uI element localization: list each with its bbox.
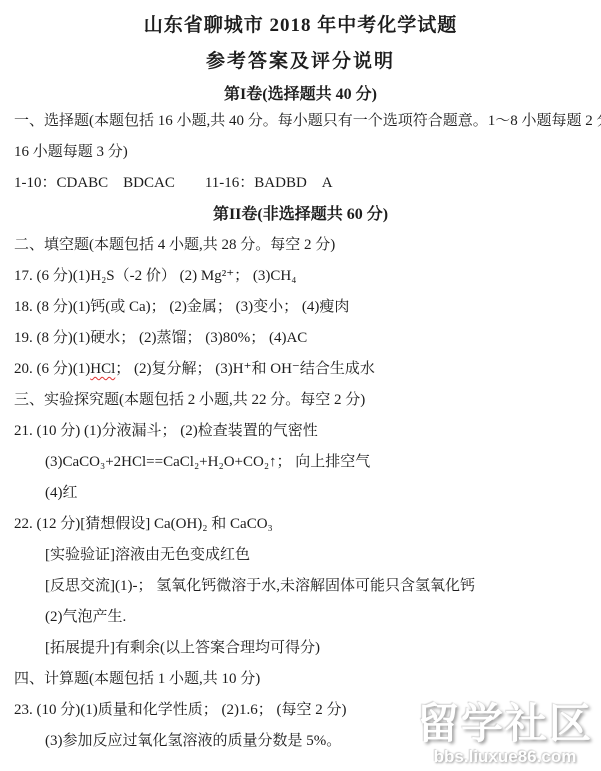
q20-suffix: ； (2)复分解； (3)H⁺和 OH⁻结合生成水 — [115, 361, 375, 377]
answer-q21-line1: 21. (10 分) (1)分液漏斗； (2)检查装置的气密性 — [0, 416, 601, 447]
fill-section-intro: 二、填空题(本题包括 4 小题,共 28 分。每空 2 分) — [0, 230, 601, 261]
answer-q18: 18. (8 分)(1)钙(或 Ca)； (2)金属； (3)变小； (4)瘦肉 — [0, 292, 601, 323]
answer-q22-line2: [实验验证]溶液由无色变成红色 — [0, 540, 601, 571]
document-title: 山东省聊城市 2018 年中考化学试题 — [0, 14, 601, 38]
choice-answers: 1-10：CDABC BDCAC 11-16：BADBD A — [0, 168, 601, 199]
answer-q21-line2: (3)CaCO₃+2HCl==CaCl₂+H₂O+CO₂↑； 向上排空气 — [0, 447, 601, 478]
answer-q22-line1: 22. (12 分)[猜想假设] Ca(OH)₂ 和 CaCO₃ — [0, 509, 601, 540]
document-body: 一、选择题(本题包括 16 小题,共 40 分。每小题只有一个选项符合题意。1～… — [0, 106, 601, 757]
answer-q23-line2: (3)参加反应过氧化氢溶液的质量分数是 5%。 — [0, 726, 601, 757]
q20-prefix: 20. (6 分)(1) — [14, 361, 90, 377]
part1-header: 第I卷(选择题共 40 分) — [0, 84, 601, 106]
answer-q17: 17. (6 分)(1)H₂S（-2 价） (2) Mg²⁺； (3)CH₄ — [0, 261, 601, 292]
choice-section-intro-line1: 一、选择题(本题包括 16 小题,共 40 分。每小题只有一个选项符合题意。1～… — [0, 106, 601, 137]
answer-q22-line3: [反思交流](1)-； 氢氧化钙微溶于水,未溶解固体可能只含氢氧化钙 — [0, 571, 601, 602]
answer-q20: 20. (6 分)(1)HCl； (2)复分解； (3)H⁺和 OH⁻结合生成水 — [0, 354, 601, 385]
q20-spellchecked-word: HCl — [90, 361, 115, 377]
experiment-section-intro: 三、实验探究题(本题包括 2 小题,共 22 分。每空 2 分) — [0, 385, 601, 416]
answer-q23-line1: 23. (10 分)(1)质量和化学性质； (2)1.6； (每空 2 分) — [0, 695, 601, 726]
part2-header: 第II卷(非选择题共 60 分) — [0, 199, 601, 230]
document-subtitle: 参考答案及评分说明 — [0, 50, 601, 74]
answer-q19: 19. (8 分)(1)硬水； (2)蒸馏； (3)80%； (4)AC — [0, 323, 601, 354]
answer-q22-line5: [拓展提升]有剩余(以上答案合理均可得分) — [0, 633, 601, 664]
answer-q22-line4: (2)气泡产生. — [0, 602, 601, 633]
answer-q21-line3: (4)红 — [0, 478, 601, 509]
calculation-section-intro: 四、计算题(本题包括 1 小题,共 10 分) — [0, 664, 601, 695]
choice-section-intro-line2: 16 小题每题 3 分) — [0, 137, 601, 168]
exam-answer-document: 山东省聊城市 2018 年中考化学试题 参考答案及评分说明 第I卷(选择题共 4… — [0, 0, 601, 771]
